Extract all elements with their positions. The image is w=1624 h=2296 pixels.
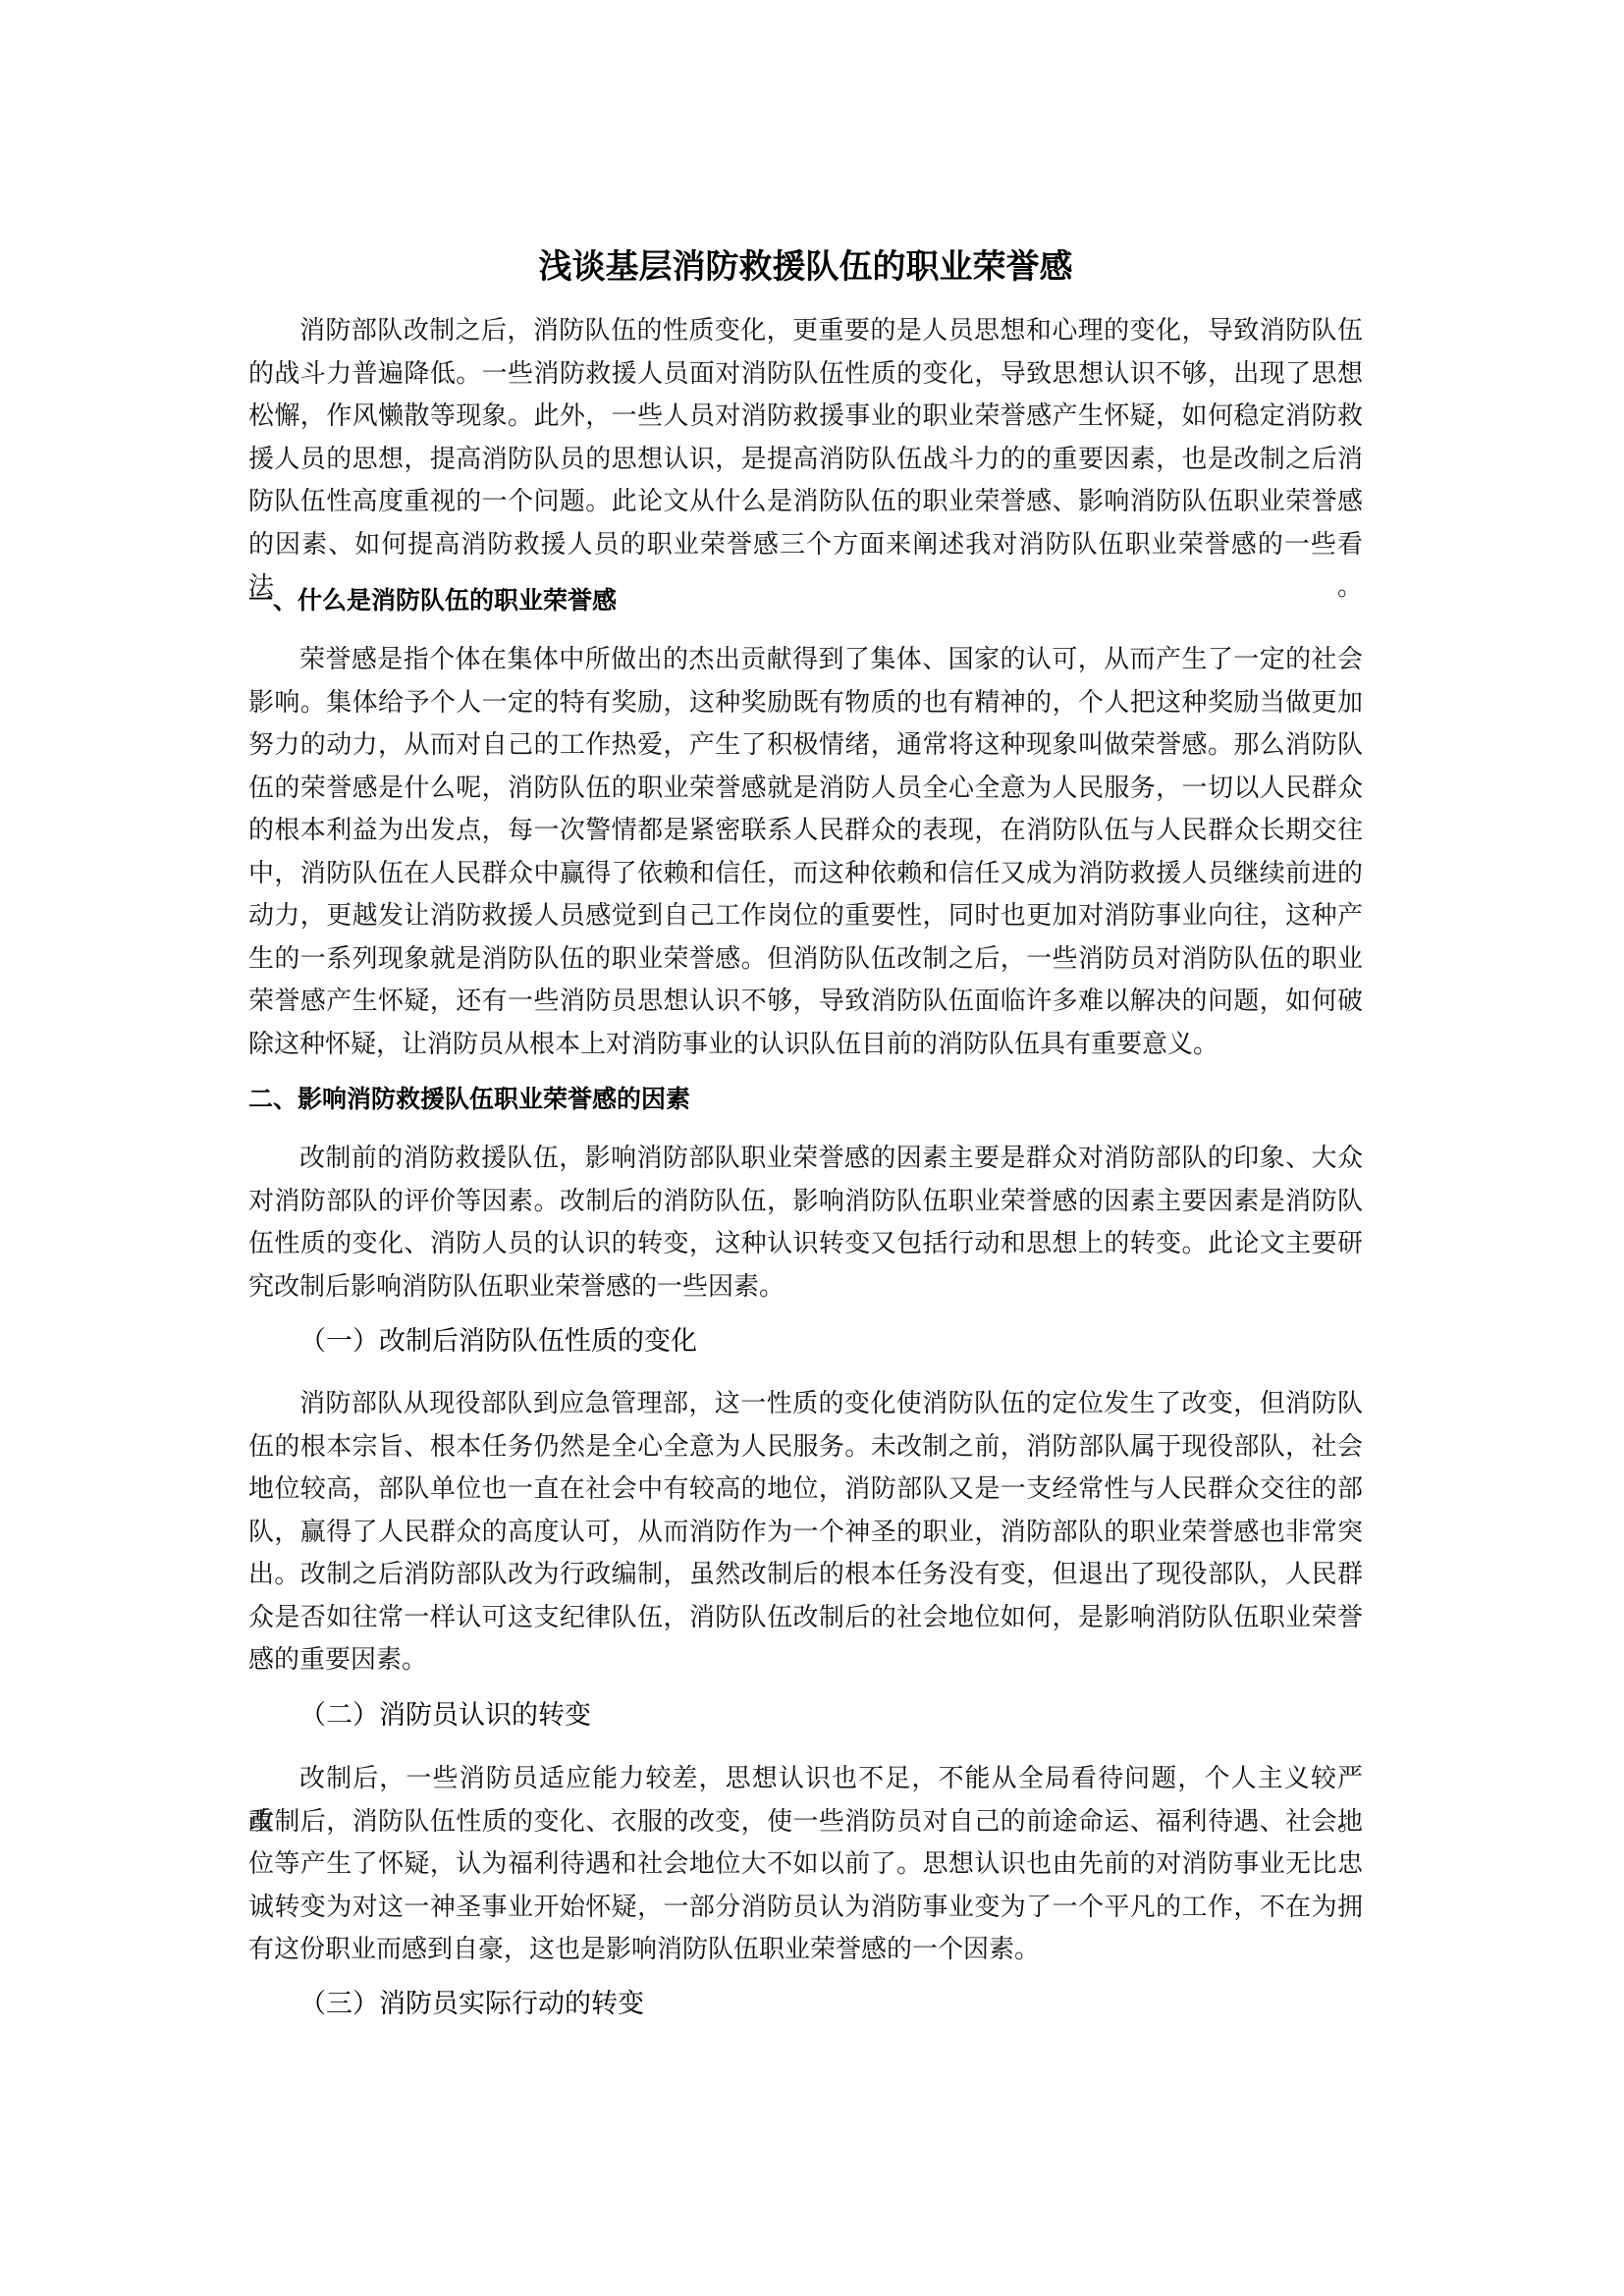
text-line: 出。改制之后消防部队改为行政编制，虽然改制后的根本任务没有变，但退出了现役部队，… [248, 1553, 1363, 1596]
text-line: 诚转变为对这一神圣事业开始怀疑，一部分消防员认为消防事业变为了一个平凡的工作，不… [248, 1886, 1363, 1929]
text-line: 除这种怀疑，让消防员从根本上对消防事业的认识队伍目前的消防队伍具有重要意义。 [248, 1023, 1363, 1066]
text-line: 影响。集体给予个人一定的特有奖励，这种奖励既有物质的也有精神的，个人把这种奖励当… [248, 681, 1363, 724]
section-1-paragraph: 荣誉感是指个体在集体中所做出的杰出贡献得到了集体、国家的认可，从而产生了一定的社… [248, 638, 1363, 1065]
subsection-2-paragraph: 改制后，一些消防员适应能力较差，思想认识也不足，不能从全局看待问题，个人主义较严… [248, 1757, 1363, 1971]
text-line: 松懈，作风懒散等现象。此外，一些人员对消防救援事业的职业荣誉感产生怀疑，如何稳定… [248, 395, 1363, 438]
text-line: 改制前的消防救援队伍，影响消防部队职业荣誉感的因素主要是群众对消防部队的印象、大… [248, 1137, 1363, 1180]
text-line: 中，消防队伍在人民群众中赢得了依赖和信任，而这种依赖和信任又成为消防救援人员继续… [248, 852, 1363, 895]
text-line: 消防部队改制之后，消防队伍的性质变化，更重要的是人员思想和心理的变化，导致消防队… [248, 309, 1363, 352]
text-line: 改制后，一些消防员适应能力较差，思想认识也不足，不能从全局看待问题，个人主义较严… [248, 1757, 1363, 1800]
subsection-heading-1: （一）改制后消防队伍性质的变化 [248, 1322, 1363, 1362]
text-line: 的战斗力普遍降低。一些消防救援人员面对消防队伍性质的变化，导致思想认识不够，出现… [248, 352, 1363, 396]
text-line: 地位较高，部队单位也一直在社会中有较高的地位，消防部队又是一支经常性与人民群众交… [248, 1468, 1363, 1511]
text-line: 努力的动力，从而对自己的工作热爱，产生了积极情绪，通常将这种现象叫做荣誉感。那么… [248, 723, 1363, 767]
text-line: 众是否如往常一样认可这支纪律队伍，消防队伍改制后的社会地位如何，是影响消防队伍职… [248, 1596, 1363, 1639]
document-title: 浅谈基层消防救援队伍的职业荣誉感 [248, 242, 1363, 292]
section-heading-2: 二、影响消防救援队伍职业荣誉感的因素 [248, 1080, 1363, 1119]
section-2-paragraph: 改制前的消防救援队伍，影响消防部队职业荣誉感的因素主要是群众对消防部队的印象、大… [248, 1137, 1363, 1308]
text-line: 感的重要因素。 [248, 1638, 1363, 1682]
text-line: 荣誉感是指个体在集体中所做出的杰出贡献得到了集体、国家的认可，从而产生了一定的社… [248, 638, 1363, 681]
text-line: 援人员的思想，提高消防队员的思想认识，是提高消防队伍战斗力的的重要因素，也是改制… [248, 438, 1363, 481]
text-line: 消防部队从现役部队到应急管理部，这一性质的变化使消防队伍的定位发生了改变，但消防… [248, 1382, 1363, 1425]
text-line: 荣誉感产生怀疑，还有一些消防员思想认识不够，导致消防队伍面临许多难以解决的问题，… [248, 980, 1363, 1023]
text-line: 改制后，消防队伍性质的变化、衣服的改变，使一些消防员对自己的前途命运、福利待遇、… [248, 1800, 1363, 1843]
subsection-heading-2: （二）消防员认识的转变 [248, 1696, 1363, 1735]
subsection-heading-3: （三）消防员实际行动的转变 [248, 1985, 1363, 2024]
text-line: 的根本利益为出发点，每一次警情都是紧密联系人民群众的表现，在消防队伍与人民群众长… [248, 809, 1363, 852]
text-line: 伍的根本宗旨、根本任务仍然是全心全意为人民服务。未改制之前，消防部队属于现役部队… [248, 1425, 1363, 1468]
intro-paragraph: 消防部队改制之后，消防队伍的性质变化，更重要的是人员思想和心理的变化，导致消防队… [248, 309, 1363, 565]
section-heading-1: 一、什么是消防队伍的职业荣誉感 [248, 581, 1363, 620]
subsection-1-paragraph: 消防部队从现役部队到应急管理部，这一性质的变化使消防队伍的定位发生了改变，但消防… [248, 1382, 1363, 1682]
document-page: 浅谈基层消防救援队伍的职业荣誉感 消防部队改制之后，消防队伍的性质变化，更重要的… [0, 0, 1624, 2296]
text-line: 究改制后影响消防队伍职业荣誉感的一些因素。 [248, 1265, 1363, 1308]
text-line: 队，赢得了人民群众的高度认可，从而消防作为一个神圣的职业，消防部队的职业荣誉感也… [248, 1511, 1363, 1554]
text-line: 有这份职业而感到自豪，这也是影响消防队伍职业荣誉感的一个因素。 [248, 1928, 1363, 1971]
text-line: 对消防部队的评价等因素。改制后的消防队伍，影响消防队伍职业荣誉感的因素主要因素是… [248, 1180, 1363, 1223]
text-line: 伍的荣誉感是什么呢，消防队伍的职业荣誉感就是消防人员全心全意为人民服务，一切以人… [248, 767, 1363, 810]
text-line: 位等产生了怀疑，认为福利待遇和社会地位大不如以前了。思想认识也由先前的对消防事业… [248, 1842, 1363, 1886]
text-line: 动力，更越发让消防救援人员感觉到自己工作岗位的重要性，同时也更加对消防事业向往，… [248, 894, 1363, 937]
text-line: 防队伍性高度重视的一个问题。此论文从什么是消防队伍的职业荣誉感、影响消防队伍职业… [248, 480, 1363, 523]
text-line: 生的一系列现象就是消防队伍的职业荣誉感。但消防队伍改制之后，一些消防员对消防队伍… [248, 937, 1363, 981]
text-line: 的因素、如何提高消防救援人员的职业荣誉感三个方面来阐述我对消防队伍职业荣誉感的一… [248, 523, 1363, 566]
text-line: 伍性质的变化、消防人员的认识的转变，这种认识转变又包括行动和思想上的转变。此论文… [248, 1222, 1363, 1265]
